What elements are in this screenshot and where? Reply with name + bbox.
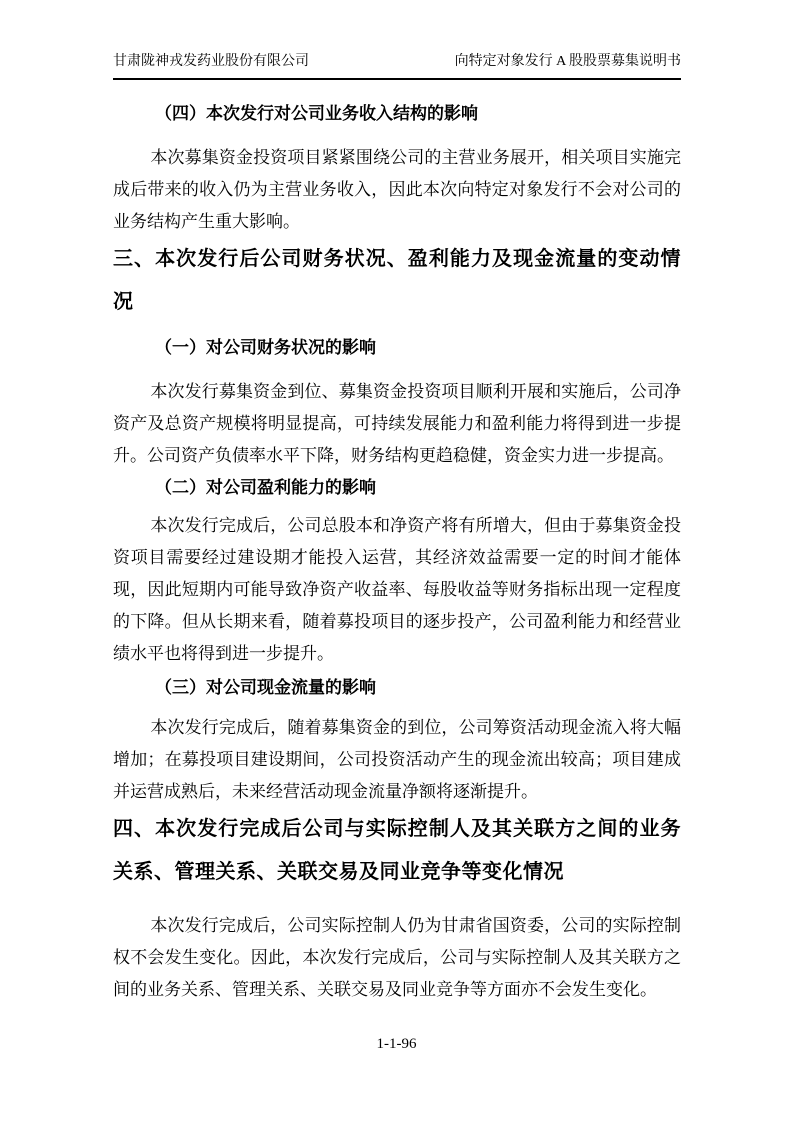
page-number: 1-1-96	[377, 1036, 417, 1052]
paragraph-profitability: 本次发行完成后，公司总股本和净资产将有所增大，但由于募集资金投资项目需要经过建设…	[113, 510, 681, 670]
header-company-name: 甘肃陇神戎发药业股份有限公司	[113, 52, 309, 72]
heading-section-3: 三、本次发行后公司财务状况、盈利能力及现金流量的变动情况	[113, 238, 681, 324]
paragraph-control-relations: 本次发行完成后，公司实际控制人仍为甘肃省国资委，公司的实际控制权不会发生变化。因…	[113, 910, 681, 1006]
subheading-4-revenue-impact: （四）本次发行对公司业务收入结构的影响	[113, 104, 681, 124]
subheading-2-profitability: （二）对公司盈利能力的影响	[113, 478, 681, 498]
document-body: （四）本次发行对公司业务收入结构的影响 本次募集资金投资项目紧紧围绕公司的主营业…	[113, 104, 681, 1006]
page: 甘肃陇神戎发药业股份有限公司 向特定对象发行 A 股股票募集说明书 （四）本次发…	[0, 0, 793, 1122]
page-footer: 1-1-96	[0, 1034, 793, 1054]
subheading-1-financial: （一）对公司财务状况的影响	[113, 338, 681, 358]
paragraph-cashflow: 本次发行完成后，随着募集资金的到位，公司筹资活动现金流入将大幅增加；在募投项目建…	[113, 712, 681, 808]
subheading-3-cashflow: （三）对公司现金流量的影响	[113, 678, 681, 698]
paragraph-revenue-impact: 本次募集资金投资项目紧紧围绕公司的主营业务展开，相关项目实施完成后带来的收入仍为…	[113, 142, 681, 238]
heading-section-4: 四、本次发行完成后公司与实际控制人及其关联方之间的业务关系、管理关系、关联交易及…	[113, 808, 681, 894]
page-header: 甘肃陇神戎发药业股份有限公司 向特定对象发行 A 股股票募集说明书	[113, 52, 681, 80]
header-doc-title: 向特定对象发行 A 股股票募集说明书	[455, 52, 681, 72]
paragraph-financial: 本次发行募集资金到位、募集资金投资项目顺利开展和实施后，公司净资产及总资产规模将…	[113, 376, 681, 472]
